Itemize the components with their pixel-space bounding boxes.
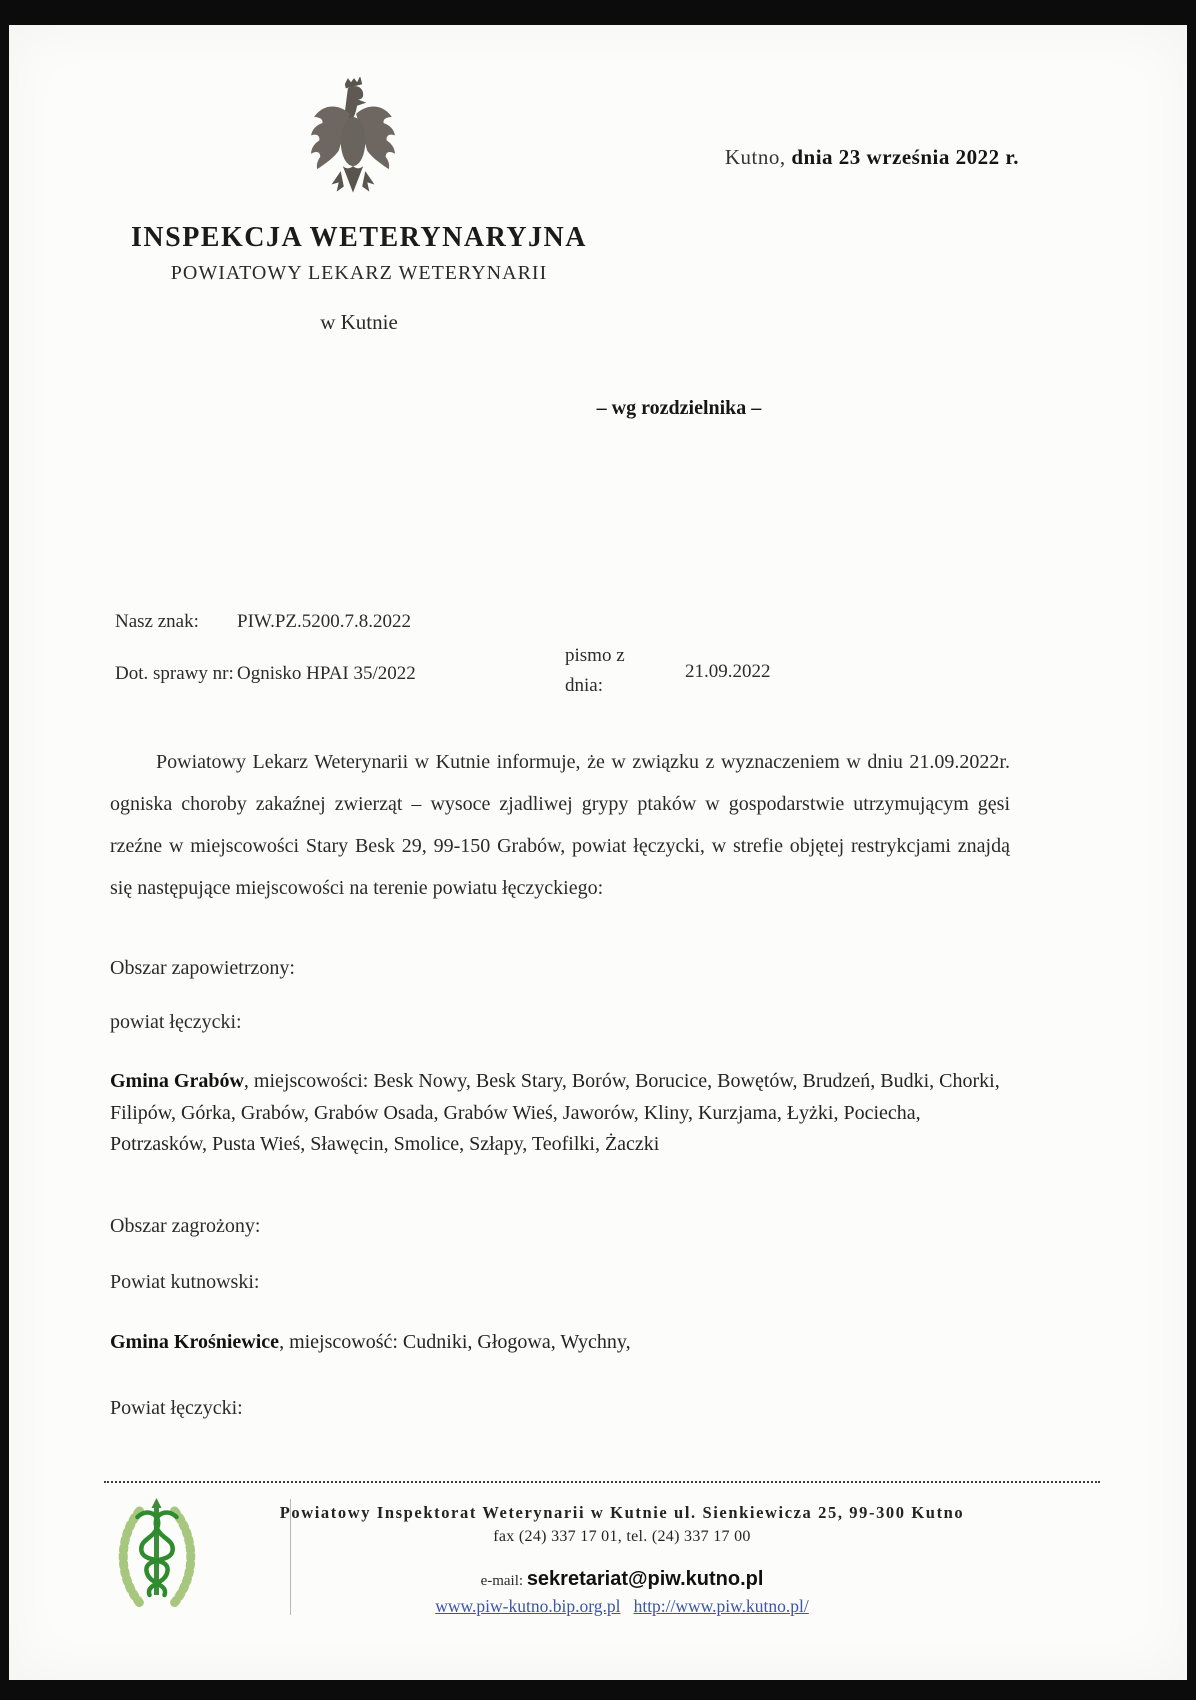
ref-sprawa-value: Ognisko HPAI 35/2022 — [237, 663, 416, 685]
ref-znak-label: Nasz znak: — [115, 611, 199, 633]
zone2-powiat: Powiat kutnowski: — [110, 1271, 259, 1294]
footer-phone: fax (24) 337 17 01, tel. (24) 337 17 00 — [259, 1528, 985, 1546]
org-location: w Kutnie — [99, 310, 619, 335]
date-value: dnia 23 września 2022 r. — [791, 145, 1019, 169]
link-spacer — [625, 1596, 629, 1616]
main-paragraph: Powiatowy Lekarz Weterynarii w Kutnie in… — [110, 741, 1010, 909]
addressee-line: – wg rozdzielnika – — [509, 397, 849, 420]
footer-separator — [104, 1481, 1100, 1483]
org-name-line1: INSPEKCJA WETERYNARYJNA — [99, 221, 619, 255]
zone3-powiat: Powiat łęczycki: — [110, 1397, 243, 1420]
date-line: Kutno, dnia 23 września 2022 r. — [569, 145, 1019, 170]
letter-page: Kutno, dnia 23 września 2022 r. INSPEKCJ… — [9, 25, 1187, 1680]
email-label: e-mail: — [481, 1573, 523, 1589]
polish-eagle-icon — [307, 77, 399, 205]
zone1-heading: Obszar zapowietrzony: — [110, 957, 295, 980]
org-name-line2: POWIATOWY LEKARZ WETERYNARII — [99, 260, 619, 286]
date-city: Kutno, — [725, 145, 786, 169]
footer-contact-block: Powiatowy Inspektorat Weterynarii w Kutn… — [259, 1502, 985, 1617]
zone2-heading: Obszar zagrożony: — [110, 1215, 261, 1238]
footer-links-line: www.piw-kutno.bip.org.pl http://www.piw.… — [259, 1596, 985, 1617]
ref-pismo-date: 21.09.2022 — [685, 661, 771, 683]
zone1-localities-list: , miejscowości: Besk Nowy, Besk Stary, B… — [110, 1070, 1000, 1155]
zone2-localities-list: , miejscowość: Cudniki, Głogowa, Wychny, — [279, 1331, 631, 1353]
website-link[interactable]: http://www.piw.kutno.pl/ — [634, 1596, 809, 1616]
zone1-gmina-name: Gmina Grabów — [110, 1070, 244, 1092]
ref-znak-value: PIW.PZ.5200.7.8.2022 — [237, 611, 411, 633]
veterinary-caduceus-icon — [109, 1493, 205, 1623]
footer-email-line: e-mail: sekretariat@piw.kutno.pl — [259, 1568, 985, 1591]
bip-link[interactable]: www.piw-kutno.bip.org.pl — [435, 1596, 620, 1616]
footer-address: Powiatowy Inspektorat Weterynarii w Kutn… — [259, 1502, 985, 1524]
ref-pismo-label-line2: dnia: — [565, 675, 603, 697]
scanned-document-frame: Kutno, dnia 23 września 2022 r. INSPEKCJ… — [0, 0, 1196, 1700]
email-address: sekretariat@piw.kutno.pl — [527, 1568, 764, 1590]
org-header: INSPEKCJA WETERYNARYJNA POWIATOWY LEKARZ… — [99, 221, 619, 335]
zone1-localities: Gmina Grabów, miejscowości: Besk Nowy, B… — [110, 1066, 1016, 1161]
zone2-localities: Gmina Krośniewice, miejscowość: Cudniki,… — [110, 1331, 1016, 1354]
zone1-powiat: powiat łęczycki: — [110, 1011, 242, 1034]
ref-sprawa-label: Dot. sprawy nr: — [115, 663, 234, 685]
ref-pismo-label-line1: pismo z — [565, 645, 625, 667]
zone2-gmina-name: Gmina Krośniewice — [110, 1331, 279, 1353]
